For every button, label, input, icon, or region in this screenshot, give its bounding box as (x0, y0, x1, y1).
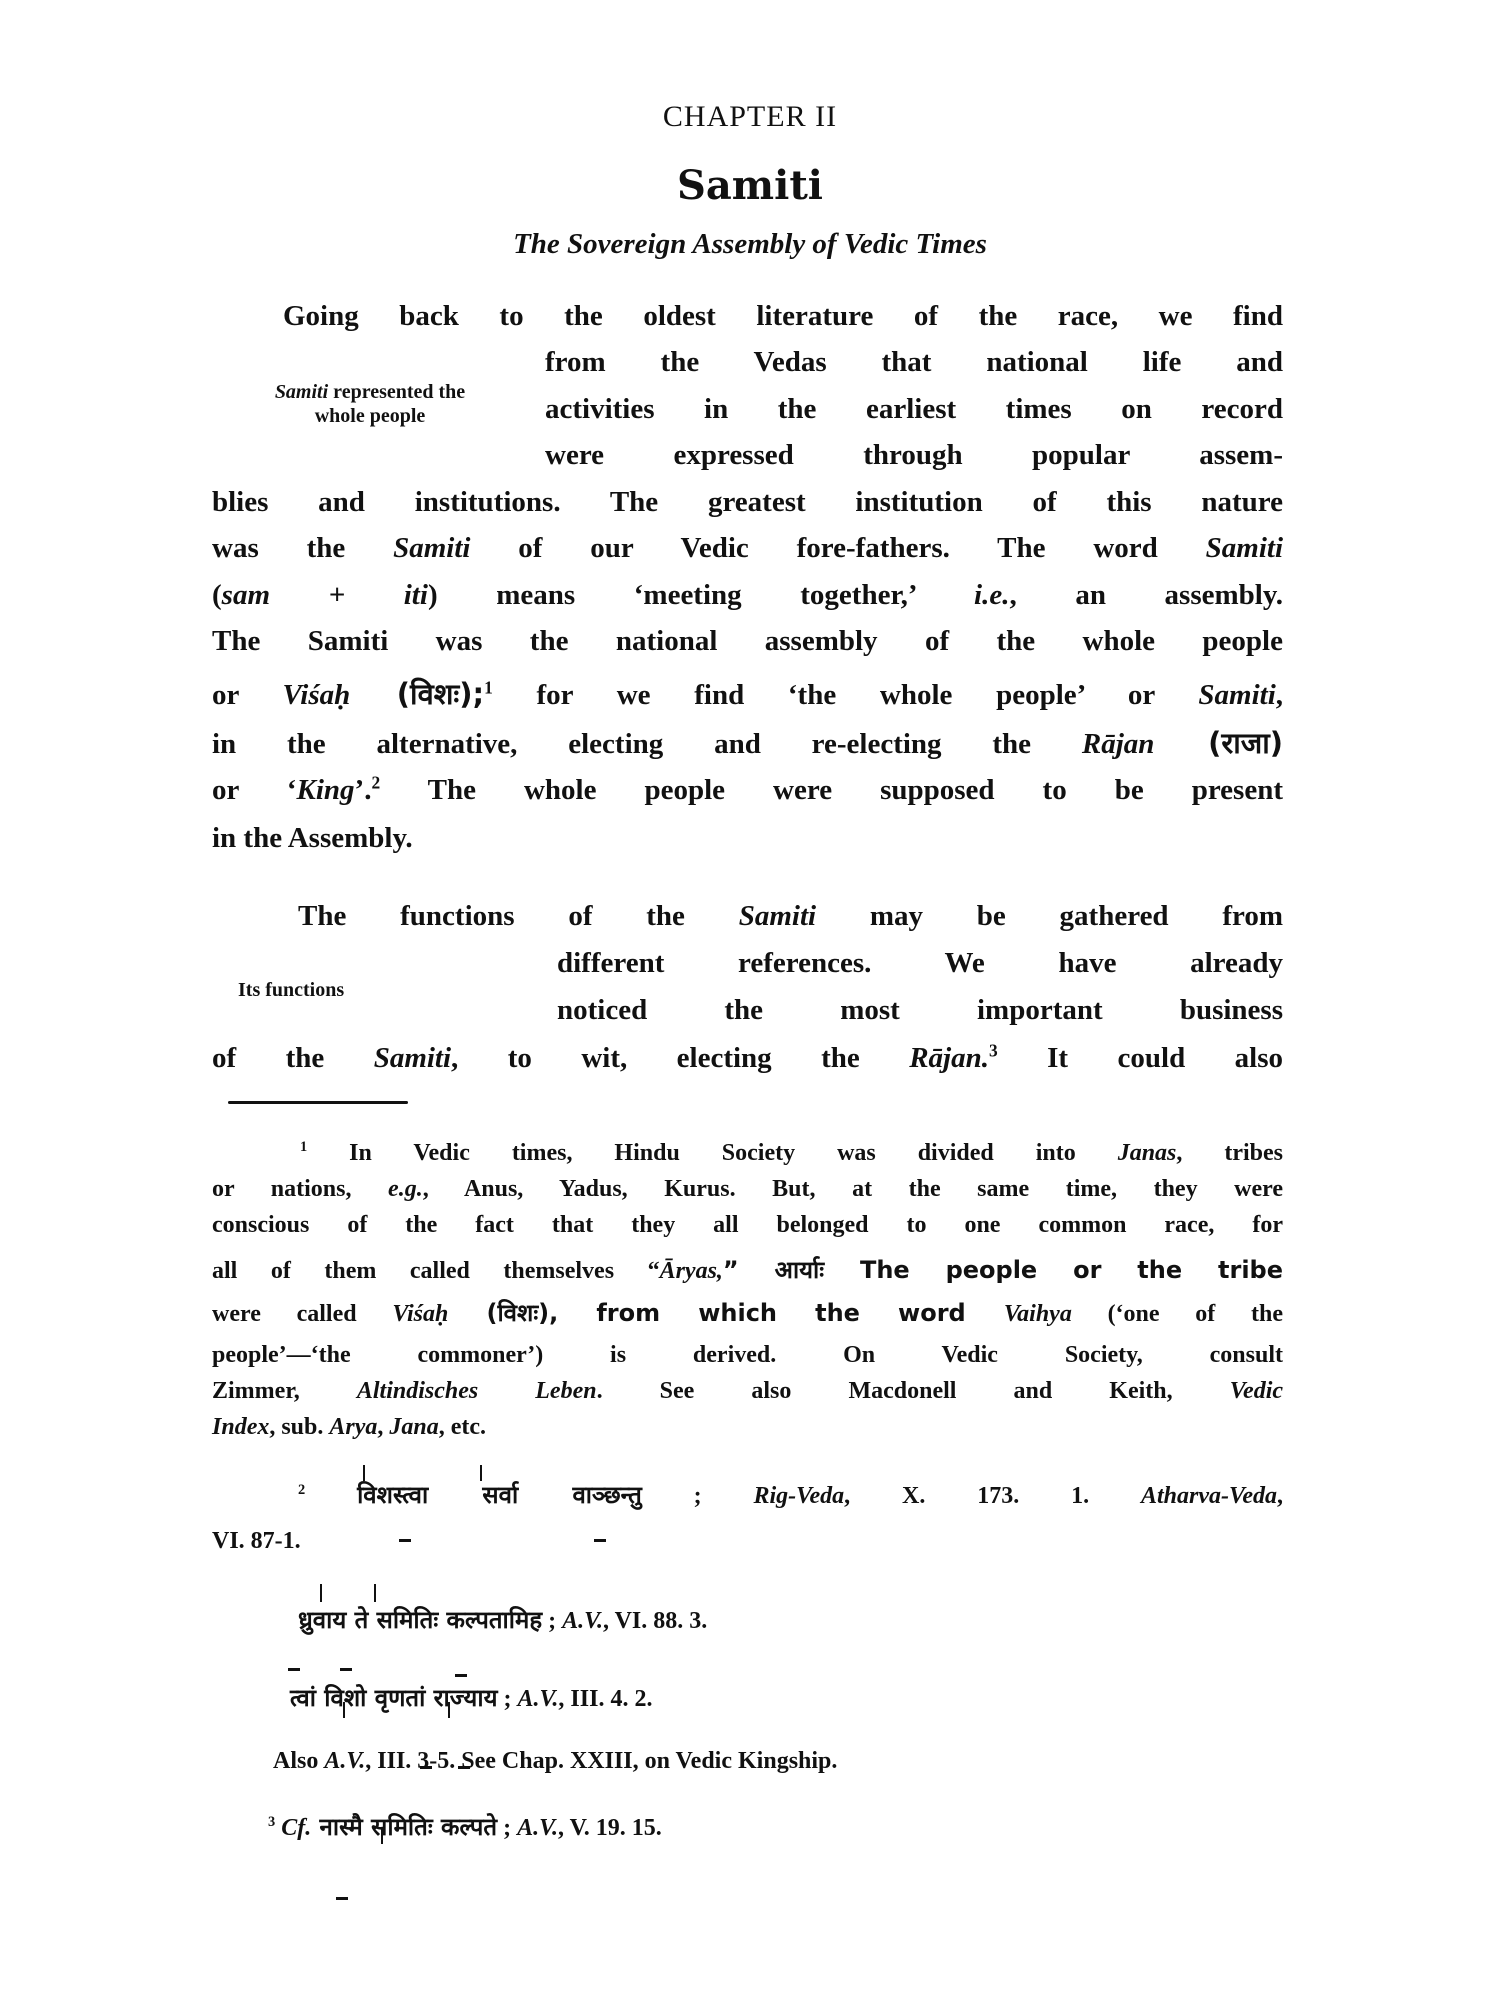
footnote-1-line-6: people’—‘the commoner’) is derived. On V… (212, 1340, 1283, 1371)
footnote-1-line-7: Zimmer, Altindisches Leben. See also Mac… (212, 1376, 1283, 1407)
paragraph-1-line-4: were expressed through popular assem- (545, 437, 1283, 475)
paragraph-2-line-2: different references. We have already (557, 945, 1283, 983)
svara-mark (340, 1668, 352, 1671)
paragraph-1-line-11: or ‘King’.2 The whole people were suppos… (212, 772, 1283, 810)
footnote-3-line-1: 3 Cf. नास्मै समितिः कल्पते ; A.V., V. 19… (268, 1812, 662, 1843)
svara-mark (480, 1465, 482, 1481)
svara-mark (448, 1702, 450, 1718)
svara-mark (458, 1766, 470, 1769)
footnote-1-line-8: Index, sub. Arya, Jana, etc. (212, 1412, 486, 1442)
paragraph-2-line-4: of the Samiti, to wit, electing the Rāja… (212, 1040, 1283, 1078)
footnote-2-line-2: VI. 87-1. (212, 1526, 301, 1556)
footnote-ref-3[interactable]: 3 (989, 1040, 998, 1060)
chapter-title: Samiti (0, 162, 1500, 209)
footnote-2-line-5: Also A.V., III. 3-5. See Chap. XXIII, on… (273, 1746, 837, 1776)
footnote-separator (228, 1101, 408, 1104)
footnote-1-line-3: conscious of the fact that they all belo… (212, 1210, 1283, 1241)
book-page: CHAPTER II Samiti The Sovereign Assembly… (0, 0, 1500, 2000)
svara-mark (288, 1668, 300, 1671)
footnote-ref-2[interactable]: 2 (371, 772, 380, 792)
svara-mark (594, 1539, 606, 1542)
footnote-ref-1[interactable]: 1 (484, 677, 493, 697)
svara-mark (455, 1674, 467, 1677)
paragraph-1-line-9: or Viśaḥ (विशः);1 for we find ‘the whole… (212, 676, 1283, 714)
footnote-2-line-1: 2 विशस्त्वा सर्वा वाञ्छन्तु ; Rig-Veda, … (298, 1480, 1283, 1511)
svara-mark (320, 1584, 322, 1602)
chapter-heading: CHAPTER II (0, 100, 1500, 134)
paragraph-1-line-10: in the alternative, electing and re-elec… (212, 725, 1283, 763)
svara-mark (336, 1897, 348, 1900)
paragraph-2-line-3: noticed the most important business (557, 992, 1283, 1030)
svara-mark (374, 1584, 376, 1602)
paragraph-1-line-8: The Samiti was the national assembly of … (212, 623, 1283, 661)
footnote-1-line-4: all of them called themselves “Āryas,” आ… (212, 1255, 1283, 1286)
paragraph-1-line-3: activities in the earliest times on reco… (545, 391, 1283, 429)
footnote-1-line-2: or nations, e.g., Anus, Yadus, Kurus. Bu… (212, 1174, 1283, 1205)
sidenote-em: Samiti (275, 381, 328, 403)
chapter-subtitle: The Sovereign Assembly of Vedic Times (0, 228, 1500, 261)
paragraph-1-line-5: blies and institutions. The greatest ins… (212, 484, 1283, 522)
footnote-1-line-5: were called Viśaḥ (विशः), from which the… (212, 1298, 1283, 1329)
paragraph-1-line-1: Going back to the oldest literature of t… (283, 298, 1283, 336)
svara-mark (363, 1465, 365, 1481)
paragraph-1-line-7: (sam + iti) means ‘meeting together,’ i.… (212, 577, 1283, 615)
sidenote-samiti-whole-people: Samiti represented the whole people (210, 380, 530, 428)
footnote-marker-2: 2 (298, 1482, 305, 1498)
footnote-1-line-1: 1 In Vedic times, Hindu Society was divi… (300, 1138, 1283, 1169)
svara-mark (399, 1539, 411, 1542)
paragraph-1-line-2: from the Vedas that national life and (545, 344, 1283, 382)
footnote-2-line-3: ध्रुवाय ते समितिः कल्पतामिह ; A.V., VI. … (298, 1605, 707, 1636)
svara-mark (343, 1702, 345, 1718)
svara-mark (420, 1766, 432, 1769)
paragraph-1-line-12: in the Assembly. (212, 820, 413, 856)
paragraph-2-line-1: The functions of the Samiti may be gathe… (298, 898, 1283, 936)
paragraph-1-line-6: was the Samiti of our Vedic fore-fathers… (212, 530, 1283, 568)
sidenote-its-functions: Its functions (238, 978, 438, 1002)
svara-mark (381, 1828, 383, 1844)
